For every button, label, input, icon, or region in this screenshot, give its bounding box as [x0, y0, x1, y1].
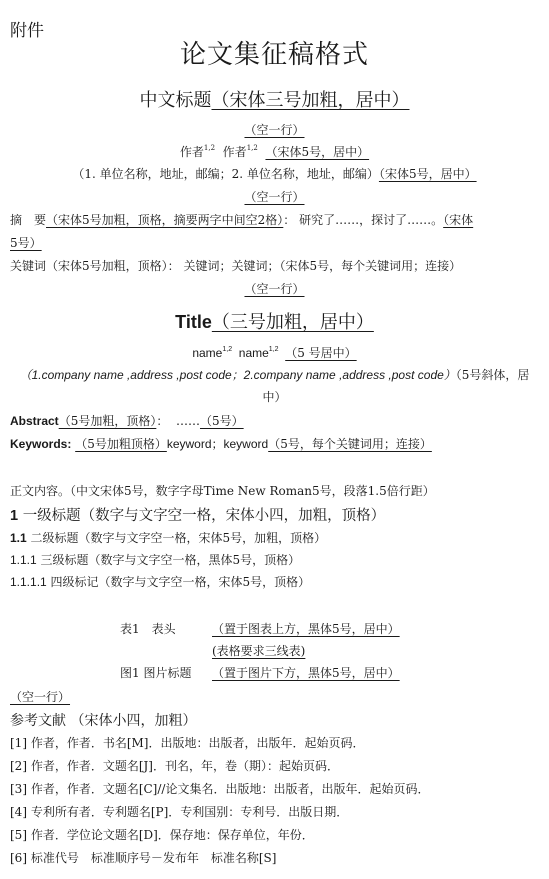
reference-item: [3] 作者，作者．文题名[C]//论文集名．出版地：出版者，出版年．起始页码． [10, 780, 429, 797]
authors-en-note: （5 号居中） [285, 346, 356, 360]
heading-level-4: 1.1.1.1 四级标记（数字与文字空一格，宋体5号，顶格） [10, 573, 310, 590]
author-en-1: name [192, 346, 222, 360]
figure-caption-note: （置于图片下方，黑体5号，居中） [212, 664, 400, 681]
table-caption-note: （置于图表上方，黑体5号，居中） [212, 620, 400, 637]
abstract-en-colon: ： [156, 414, 168, 428]
reference-item: [2] 作者，作者．文题名[J]．刊名，年，卷（期）：起始页码． [10, 757, 339, 774]
chinese-title-note: （宋体三号加粗，居中） [212, 90, 410, 111]
abstract-cn-colon: ： [283, 213, 295, 227]
table-caption: 表1 表头 [120, 620, 176, 637]
blank-line-left: （空一行） [10, 688, 70, 705]
english-title-text: Title [175, 312, 212, 332]
keywords-cn-note: （宋体5号，每个关键词用；连接） [279, 259, 461, 273]
blank-line-1: （空一行） [0, 121, 549, 138]
keywords-cn-content: 关键词；关键词； [183, 259, 279, 273]
authors-cn: 作者1,2 作者1,2 （宋体5号，居中） [0, 143, 549, 160]
authors-cn-note: （宋体5号，居中） [265, 145, 369, 159]
author-2-sup: 1,2 [247, 144, 258, 152]
abstract-en-note2: （5号） [200, 414, 244, 428]
abstract-cn-content: 研究了……，探讨了……。 [299, 213, 443, 227]
keywords-en: Keywords: （5号加粗顶格）keyword；keyword（5号，每个关… [10, 435, 432, 452]
author-en-2-sup: 1,2 [269, 346, 279, 353]
heading-3-text: 三级标题（数字与文字空一格，黑体5号，顶格） [41, 553, 301, 567]
heading-2-text: 二级标题（数字与文字空一格，宋体5号，加粗，顶格） [31, 531, 327, 545]
blank-line-3: （空一行） [0, 280, 549, 297]
table-format-note: (表格要求三线表) [212, 642, 305, 659]
affiliation-cn-note: （宋体5号，居中） [379, 167, 477, 181]
affiliation-cn-text: （1. 单位名称，地址，邮编；2. 单位名称，地址，邮编） [72, 167, 379, 181]
heading-level-1: 1 一级标题（数字与文字空一格，宋体小四，加粗，顶格） [10, 504, 385, 525]
chinese-title-text: 中文标题 [140, 90, 212, 111]
heading-level-2: 1.1 二级标题（数字与文字空一格，宋体5号，加粗，顶格） [10, 529, 326, 546]
authors-en: name1,2 name1,2 （5 号居中） [0, 344, 549, 361]
affiliation-cn: （1. 单位名称，地址，邮编；2. 单位名称，地址，邮编）（宋体5号，居中） [0, 165, 549, 182]
abstract-cn-label: 摘 要 [10, 213, 46, 227]
abstract-en: Abstract（5号加粗，顶格）： ……（5号） [10, 412, 244, 429]
author-en-2: name [239, 346, 269, 360]
affiliation-en-note-cont: 中） [0, 388, 549, 405]
keywords-cn: 关键词（宋体5号加粗，顶格）： 关键词；关键词；（宋体5号，每个关键词用；连接） [10, 257, 461, 274]
author-en-1-sup: 1,2 [222, 346, 232, 353]
affiliation-en: （1.company name ,address ,post code；2.co… [0, 366, 549, 383]
keywords-en-note: （5号加粗顶格） [75, 437, 167, 451]
heading-4-text: 四级标记（数字与文字空一格，宋体5号，顶格） [51, 575, 311, 589]
affiliation-en-note: （5号斜体，居 [456, 368, 530, 382]
abstract-en-label: Abstract [10, 414, 59, 428]
abstract-cn: 摘 要（宋体5号加粗，顶格，摘要两字中间空2格）： 研究了……，探讨了……。（宋… [10, 211, 473, 228]
affiliation-en-text: （1.company name ,address ,post code；2.co… [20, 368, 456, 382]
author-1-sup: 1,2 [204, 144, 215, 152]
abstract-en-content: …… [176, 414, 200, 428]
keywords-en-note2: （5号，每个关键词用；连接） [268, 437, 432, 451]
reference-item: [1] 作者，作者．书名[M]．出版地：出版者，出版年．起始页码． [10, 734, 364, 751]
references-title: 参考文献 （宋体小四，加粗） [10, 710, 196, 730]
english-title: Title（三号加粗，居中） [0, 308, 549, 334]
abstract-en-note: （5号加粗，顶格） [59, 414, 157, 428]
abstract-cn-note2-cont: 5号） [10, 234, 42, 251]
document-title: 论文集征稿格式 [0, 34, 549, 71]
keywords-en-content: keyword；keyword [167, 437, 268, 451]
abstract-cn-note2: （宋体 [443, 213, 473, 227]
reference-item: [4] 专利所有者．专利题名[P]．专利国别：专利号．出版日期． [10, 803, 348, 820]
abstract-cn-note: （宋体5号加粗，顶格，摘要两字中间空2格） [46, 213, 283, 227]
heading-level-3: 1.1.1 三级标题（数字与文字空一格，黑体5号，顶格） [10, 551, 300, 568]
heading-4-num: 1.1.1.1 [10, 575, 47, 589]
blank-line-2: （空一行） [0, 188, 549, 205]
heading-1-num: 1 [10, 508, 18, 524]
english-title-note: （三号加粗，居中） [212, 312, 374, 333]
body-text: 正文内容。（中文宋体5号，数字字母Time New Roman5号，段落1.5倍… [10, 482, 435, 499]
heading-1-text: 一级标题（数字与文字空一格，宋体小四，加粗，顶格） [23, 508, 386, 524]
reference-item: [6] 标准代号 标准顺序号－发布年 标准名称[S] [10, 849, 276, 866]
keywords-cn-label: 关键词（宋体5号加粗，顶格）： [10, 259, 180, 273]
keywords-en-label: Keywords: [10, 437, 71, 451]
reference-item: [5] 作者．学位论文题名[D]．保存地：保存单位，年份． [10, 826, 314, 843]
figure-caption: 图1 图片标题 [120, 664, 191, 681]
author-1: 作者 [180, 145, 204, 159]
heading-3-num: 1.1.1 [10, 553, 37, 567]
author-2: 作者 [223, 145, 247, 159]
chinese-title: 中文标题（宋体三号加粗，居中） [0, 86, 549, 112]
heading-2-num: 1.1 [10, 531, 27, 545]
